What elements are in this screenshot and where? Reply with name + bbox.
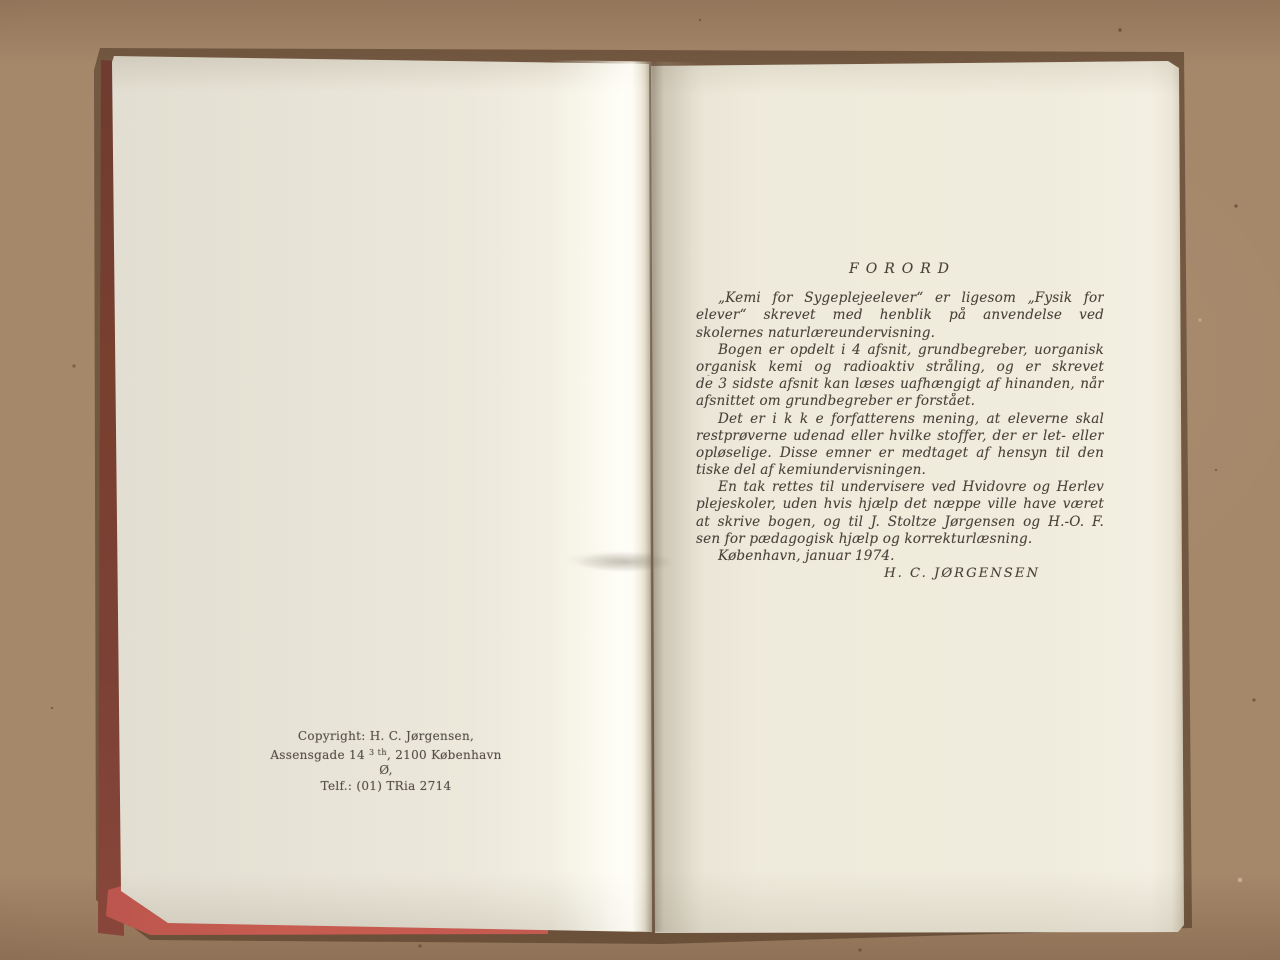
foreword-line: sen for pædagogisk hjælp og korrekturlæs… [696,531,1104,548]
foreword-line: Det er i k k e forfatterens mening, at e… [696,411,1104,428]
foreword-block: FORORD „Kemi for Sygeplejeelever“ er lig… [696,261,1104,582]
copyright-block: Copyright: H. C. Jørgensen, Assensgade 1… [264,729,508,794]
foreword-line: afsnittet om grundbegreber er forstået. [696,393,1104,410]
copyright-line: Copyright: H. C. Jørgensen, [264,729,508,745]
foreword-line: „Kemi for Sygeplejeelever“ er ligesom „F… [696,290,1104,307]
foreword-line: skolernes naturlæreundervisning. [696,325,1104,342]
foreword-line: at skrive bogen, og til J. Stoltze Jørge… [696,514,1104,531]
address-superscript: 3 th [369,748,387,757]
foreword-line: de 3 sidste afsnit kan læses uafhængigt … [696,376,1104,393]
foreword-line: Bogen er opdelt i 4 afsnit, grundbegrebe… [696,342,1104,359]
foreword-date-line: København, januar 1974. [696,548,1104,565]
book-photo: Copyright: H. C. Jørgensen, Assensgade 1… [0,0,1280,960]
copyright-line: Telf.: (01) TRia 2714 [264,779,508,795]
author-signature: H. C. JØRGENSEN [696,565,1104,582]
foreword-title: FORORD [696,261,1104,278]
copyright-line: Assensgade 14 3 th, 2100 København Ø, [264,745,508,779]
foreword-line: plejeskoler, uden hvis hjælp det næppe v… [696,496,1104,513]
foreword-line: En tak rettes til undervisere ved Hvidov… [696,479,1104,496]
foreword-line: organisk kemi og radioaktiv stråling, og… [696,359,1104,376]
foreword-line: tiske del af kemiundervisningen. [696,462,1104,479]
foreword-line: elever“ skrevet med henblik på anvendels… [696,307,1104,324]
foreword-line: restprøverne udenad eller hvilke stoffer… [696,428,1104,445]
foreword-line: opløselige. Disse emner er medtaget af h… [696,445,1104,462]
